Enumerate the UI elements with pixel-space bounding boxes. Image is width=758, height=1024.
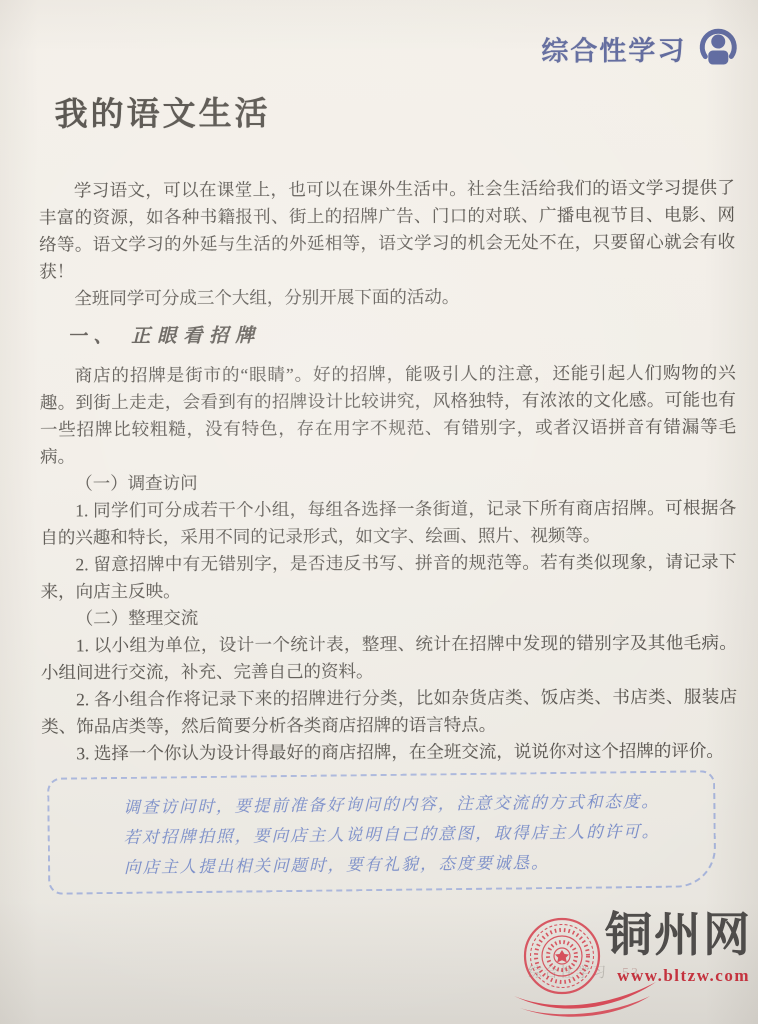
activity-item: 2. 留意招牌中有无错别字，是否违反书写、拼音的规范等。若有类似现象，请记录下来… [40, 548, 736, 605]
subsection-heading: （二）整理交流 [41, 602, 737, 632]
watermark: 铜州网 www.bltzw.com [510, 910, 752, 1022]
page-title: 我的语文生活 [54, 92, 756, 135]
textbook-page-photo: 综合性学习 我的语文生活 学习语文，可以在课堂上，也可以在课外生活中。社会生活给… [0, 0, 758, 1024]
watermark-site-url: www.bltzw.com [617, 966, 750, 986]
tip-line: 调查访问时，要提前准备好询问的内容，注意交流的方式和态度。 [123, 791, 689, 818]
activity-item: 1. 以小组为单位，设计一个统计表，整理、统计在招牌中发现的错别字及其他毛病。小… [41, 629, 737, 686]
activity-item: 2. 各小组合作将记录下来的招牌进行分类，比如杂货店类、饭店类、书店类、服装店类… [41, 683, 737, 740]
tip-line: 若对招牌拍照，要向店主人说明自己的意图，取得店主人的许可。 [124, 820, 690, 847]
activity-item: 3. 选择一个你认为设计得最好的商店招牌，在全班交流，说说你对这个招牌的评价。 [41, 737, 737, 767]
person-in-ring-icon [696, 25, 740, 69]
page-content: 综合性学习 我的语文生活 学习语文，可以在课堂上，也可以在课外生活中。社会生活给… [0, 0, 758, 893]
activity-item: 1. 同学们可分成若干个小组，每组各选择一条街道，记录下所有商店招牌。可根据各自… [40, 494, 736, 551]
page-body: 学习语文，可以在课堂上，也可以在课外生活中。社会生活给我们的语文学习提供了丰富的… [39, 174, 738, 767]
tip-line: 向店主人提出相关问题时，要有礼貌，态度要诚恳。 [124, 850, 690, 877]
section-lead: 商店的招牌是街市的“眼睛”。好的招牌，能吸引人的注意，还能引起人们购物的兴趣。到… [40, 359, 736, 470]
section-heading: 一、 正眼看招牌 [67, 319, 735, 352]
unit-header: 综合性学习 [0, 24, 756, 73]
intro-paragraph: 学习语文，可以在课堂上，也可以在课外生活中。社会生活给我们的语文学习提供了丰富的… [39, 174, 735, 285]
unit-label: 综合性学习 [541, 28, 686, 68]
subsection-heading: （一）调查访问 [40, 467, 736, 497]
watermark-site-name: 铜州网 [605, 910, 752, 962]
intro-paragraph: 全班同学可分成三个大组，分别开展下面的活动。 [39, 282, 735, 312]
tip-box: 调查访问时，要提前准备好询问的内容，注意交流的方式和态度。 若对招牌拍照，要向店… [47, 770, 716, 895]
